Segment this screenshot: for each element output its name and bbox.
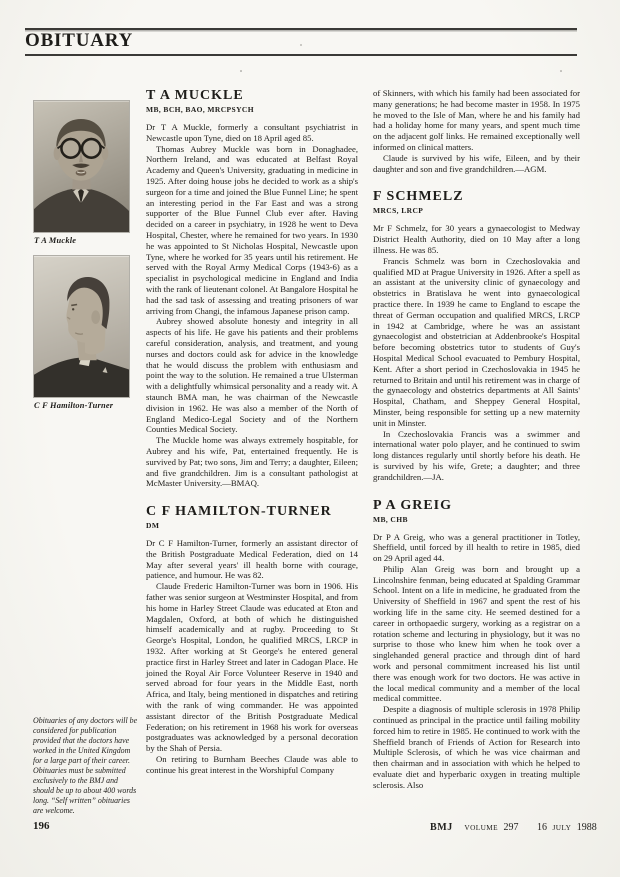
obituary-paragraph: Dr C F Hamilton-Turner, formerly an assi… <box>146 538 358 581</box>
obituary-name: T A MUCKLE <box>146 88 358 103</box>
obituary-paragraph: of Skinners, with which his family had b… <box>373 88 580 153</box>
scan-speck <box>240 70 242 72</box>
obituary-paragraph: Francis Schmelz was born in Czechoslovak… <box>373 256 580 429</box>
journal-footer: BMJ VOLUME 297 16 JULY 1988 <box>430 822 597 833</box>
portrait-profile-icon <box>33 255 130 398</box>
obituary-paragraph: Dr P A Greig, who was a general practiti… <box>373 532 580 564</box>
volume-label: VOLUME <box>464 823 498 832</box>
scan-speck <box>300 44 302 46</box>
column-middle: T A MUCKLE MB, BCH, BAO, MRCPSYCH Dr T A… <box>146 88 358 776</box>
volume-number: 297 <box>504 822 519 833</box>
obituary-qualifications: DM <box>146 521 358 530</box>
photo-column: T A Muckle <box>33 100 137 420</box>
obituary-paragraph: Claude Frederic Hamilton-Turner was born… <box>146 581 358 754</box>
obituary-name: C F HAMILTON-TURNER <box>146 504 358 519</box>
issue-date-month: JULY <box>553 823 572 832</box>
page-title: OBITUARY <box>25 30 133 52</box>
obituary-paragraph: Dr T A Muckle, formerly a consultant psy… <box>146 122 358 144</box>
photo-caption-hamilton-turner: C F Hamilton-Turner <box>34 401 137 411</box>
obituary-paragraph: Claude is survived by his wife, Eileen, … <box>373 153 580 175</box>
masthead-rule-bottom <box>25 54 577 56</box>
journal-name: BMJ <box>430 822 453 833</box>
obituary-qualifications: MB, CHB <box>373 515 580 524</box>
obituary-paragraph: The Muckle home was always extremely hos… <box>146 435 358 489</box>
obituary-hamilton-turner: C F HAMILTON-TURNER DM Dr C F Hamilton-T… <box>146 504 358 776</box>
cf-hamilton-turner-portrait-photo <box>33 255 137 398</box>
issue-date-year: 1988 <box>577 822 597 833</box>
obituary-name: F SCHMELZ <box>373 189 580 204</box>
obituary-paragraph: Thomas Aubrey Muckle was born in Donagha… <box>146 144 358 317</box>
photo-caption-muckle: T A Muckle <box>34 236 137 246</box>
obituary-qualifications: MB, BCH, BAO, MRCPSYCH <box>146 105 358 114</box>
obituary-paragraph: Philip Alan Greig was born and brought u… <box>373 564 580 704</box>
obituary-schmelz: F SCHMELZ MRCS, LRCP Mr F Schmelz, for 3… <box>373 189 580 482</box>
portrait-front-icon <box>33 100 130 233</box>
obituary-hamilton-turner-continuation: of Skinners, with which his family had b… <box>373 88 580 174</box>
obituary-qualifications: MRCS, LRCP <box>373 206 580 215</box>
page-number: 196 <box>33 820 50 832</box>
editorial-note: Obituaries of any doctors will be consid… <box>33 716 138 816</box>
obituary-paragraph: Mr F Schmelz, for 30 years a gynaecologi… <box>373 223 580 255</box>
obituary-name: P A GREIG <box>373 498 580 513</box>
obituary-paragraph: Despite a diagnosis of multiple sclerosi… <box>373 704 580 790</box>
scan-speck <box>560 70 562 72</box>
journal-page: OBITUARY <box>0 0 620 877</box>
obituary-greig: P A GREIG MB, CHB Dr P A Greig, who was … <box>373 498 580 791</box>
obituary-paragraph: In Czechoslovakia Francis was a swimmer … <box>373 429 580 483</box>
obituary-paragraph: On retiring to Burnham Beeches Claude wa… <box>146 754 358 776</box>
issue-date-day: 16 <box>537 822 547 833</box>
column-right: of Skinners, with which his family had b… <box>373 88 580 791</box>
ta-muckle-portrait-photo <box>33 100 137 233</box>
obituary-muckle: T A MUCKLE MB, BCH, BAO, MRCPSYCH Dr T A… <box>146 88 358 489</box>
obituary-paragraph: Aubrey showed absolute honesty and integ… <box>146 316 358 435</box>
